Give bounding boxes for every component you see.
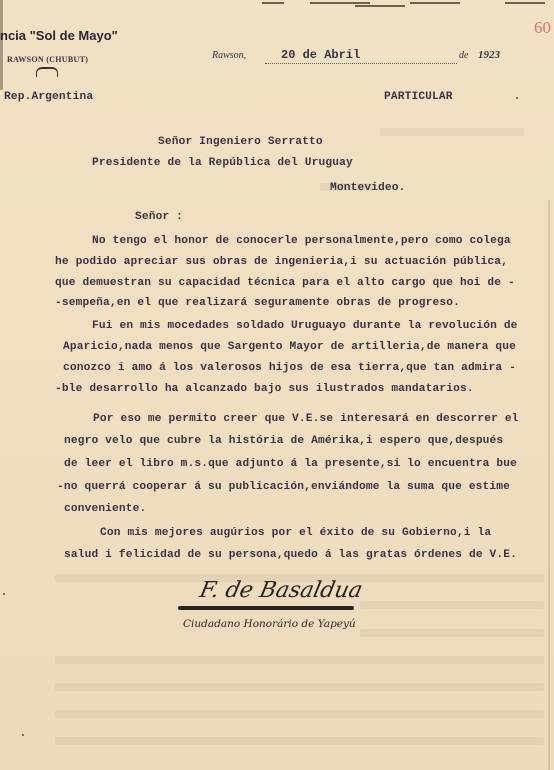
addressee-name: Señor Ingeniero Serratto [158,136,323,148]
torn-top-edge [410,2,460,4]
body-line: negro velo que cubre la história de Amér… [64,435,503,447]
body-line: Por eso me permito creer que V.E.se inte… [93,413,519,425]
torn-top-edge [355,5,405,7]
body-line: he podido apreciar sus obras de ingenier… [55,256,508,268]
body-line: -no querrá cooperar á su publicación,env… [57,481,510,493]
bleed-through [360,601,544,609]
body-line: Aparicio,nada menos que Sargento Mayor d… [63,341,516,353]
paper-speck [516,97,518,99]
addressee-city: Montevideo. [330,182,406,194]
date-fill-line [265,63,457,64]
torn-top-edge [505,2,545,4]
date-year-label: de [459,50,468,61]
body-line: -sempeña,en el que realizará seguramente… [55,297,460,309]
date-year: 1923 [478,49,500,61]
letterhead-name: ncia "Sol de Mayo" [0,28,118,43]
torn-top-edge [310,2,370,4]
body-line: -ble desarrollo ha alcanzado bajo sus il… [55,383,474,395]
body-line: Con mis mejores augúrios por el éxito de… [100,527,491,539]
body-line: No tengo el honor de conocerle personalm… [92,235,511,247]
classification-label: PARTICULAR [384,91,453,103]
body-line: de leer el libro m.s.que adjunto á la pr… [64,458,517,470]
bleed-through [55,656,544,664]
date-place-label: Rawson, [212,50,246,61]
signature-underline [178,606,354,610]
scan-edge-shadow [0,0,3,90]
bleed-through [55,737,544,745]
bleed-through [360,629,544,637]
body-line: conozco i amo á los valerosos hijos de e… [63,362,516,374]
body-line: conveniente. [64,503,146,515]
torn-top-edge [262,2,284,4]
letterhead-place: RAWSON (CHUBUT) [7,55,88,64]
paper-speck [3,593,5,595]
origin-country: Rep.Argentina [4,91,93,103]
date-day-month: 20 de Abril [281,48,360,62]
letter-page: ncia "Sol de Mayo" RAWSON (CHUBUT) 60 Ra… [0,0,554,770]
body-line: salud i felicidad de su persona,quedo á … [64,549,517,561]
bleed-through [55,683,544,691]
body-line: Fui en mis mocedades soldado Uruguayo du… [92,320,518,332]
signature: F. de Basaldua [197,578,364,603]
letterhead-ornament-icon [36,67,58,77]
page-number: 60 [534,18,551,38]
paper-speck [22,734,24,736]
bleed-through [55,710,544,718]
page-edge [548,200,550,770]
addressee-title: Presidente de la República del Uruguay [92,157,353,169]
bleed-through [380,128,524,136]
salutation: Señor : [135,211,183,223]
body-line: que demuestran su capacidad técnica para… [55,277,515,289]
signature-title: Ciudadano Honorário de Yapeyú [183,618,356,630]
